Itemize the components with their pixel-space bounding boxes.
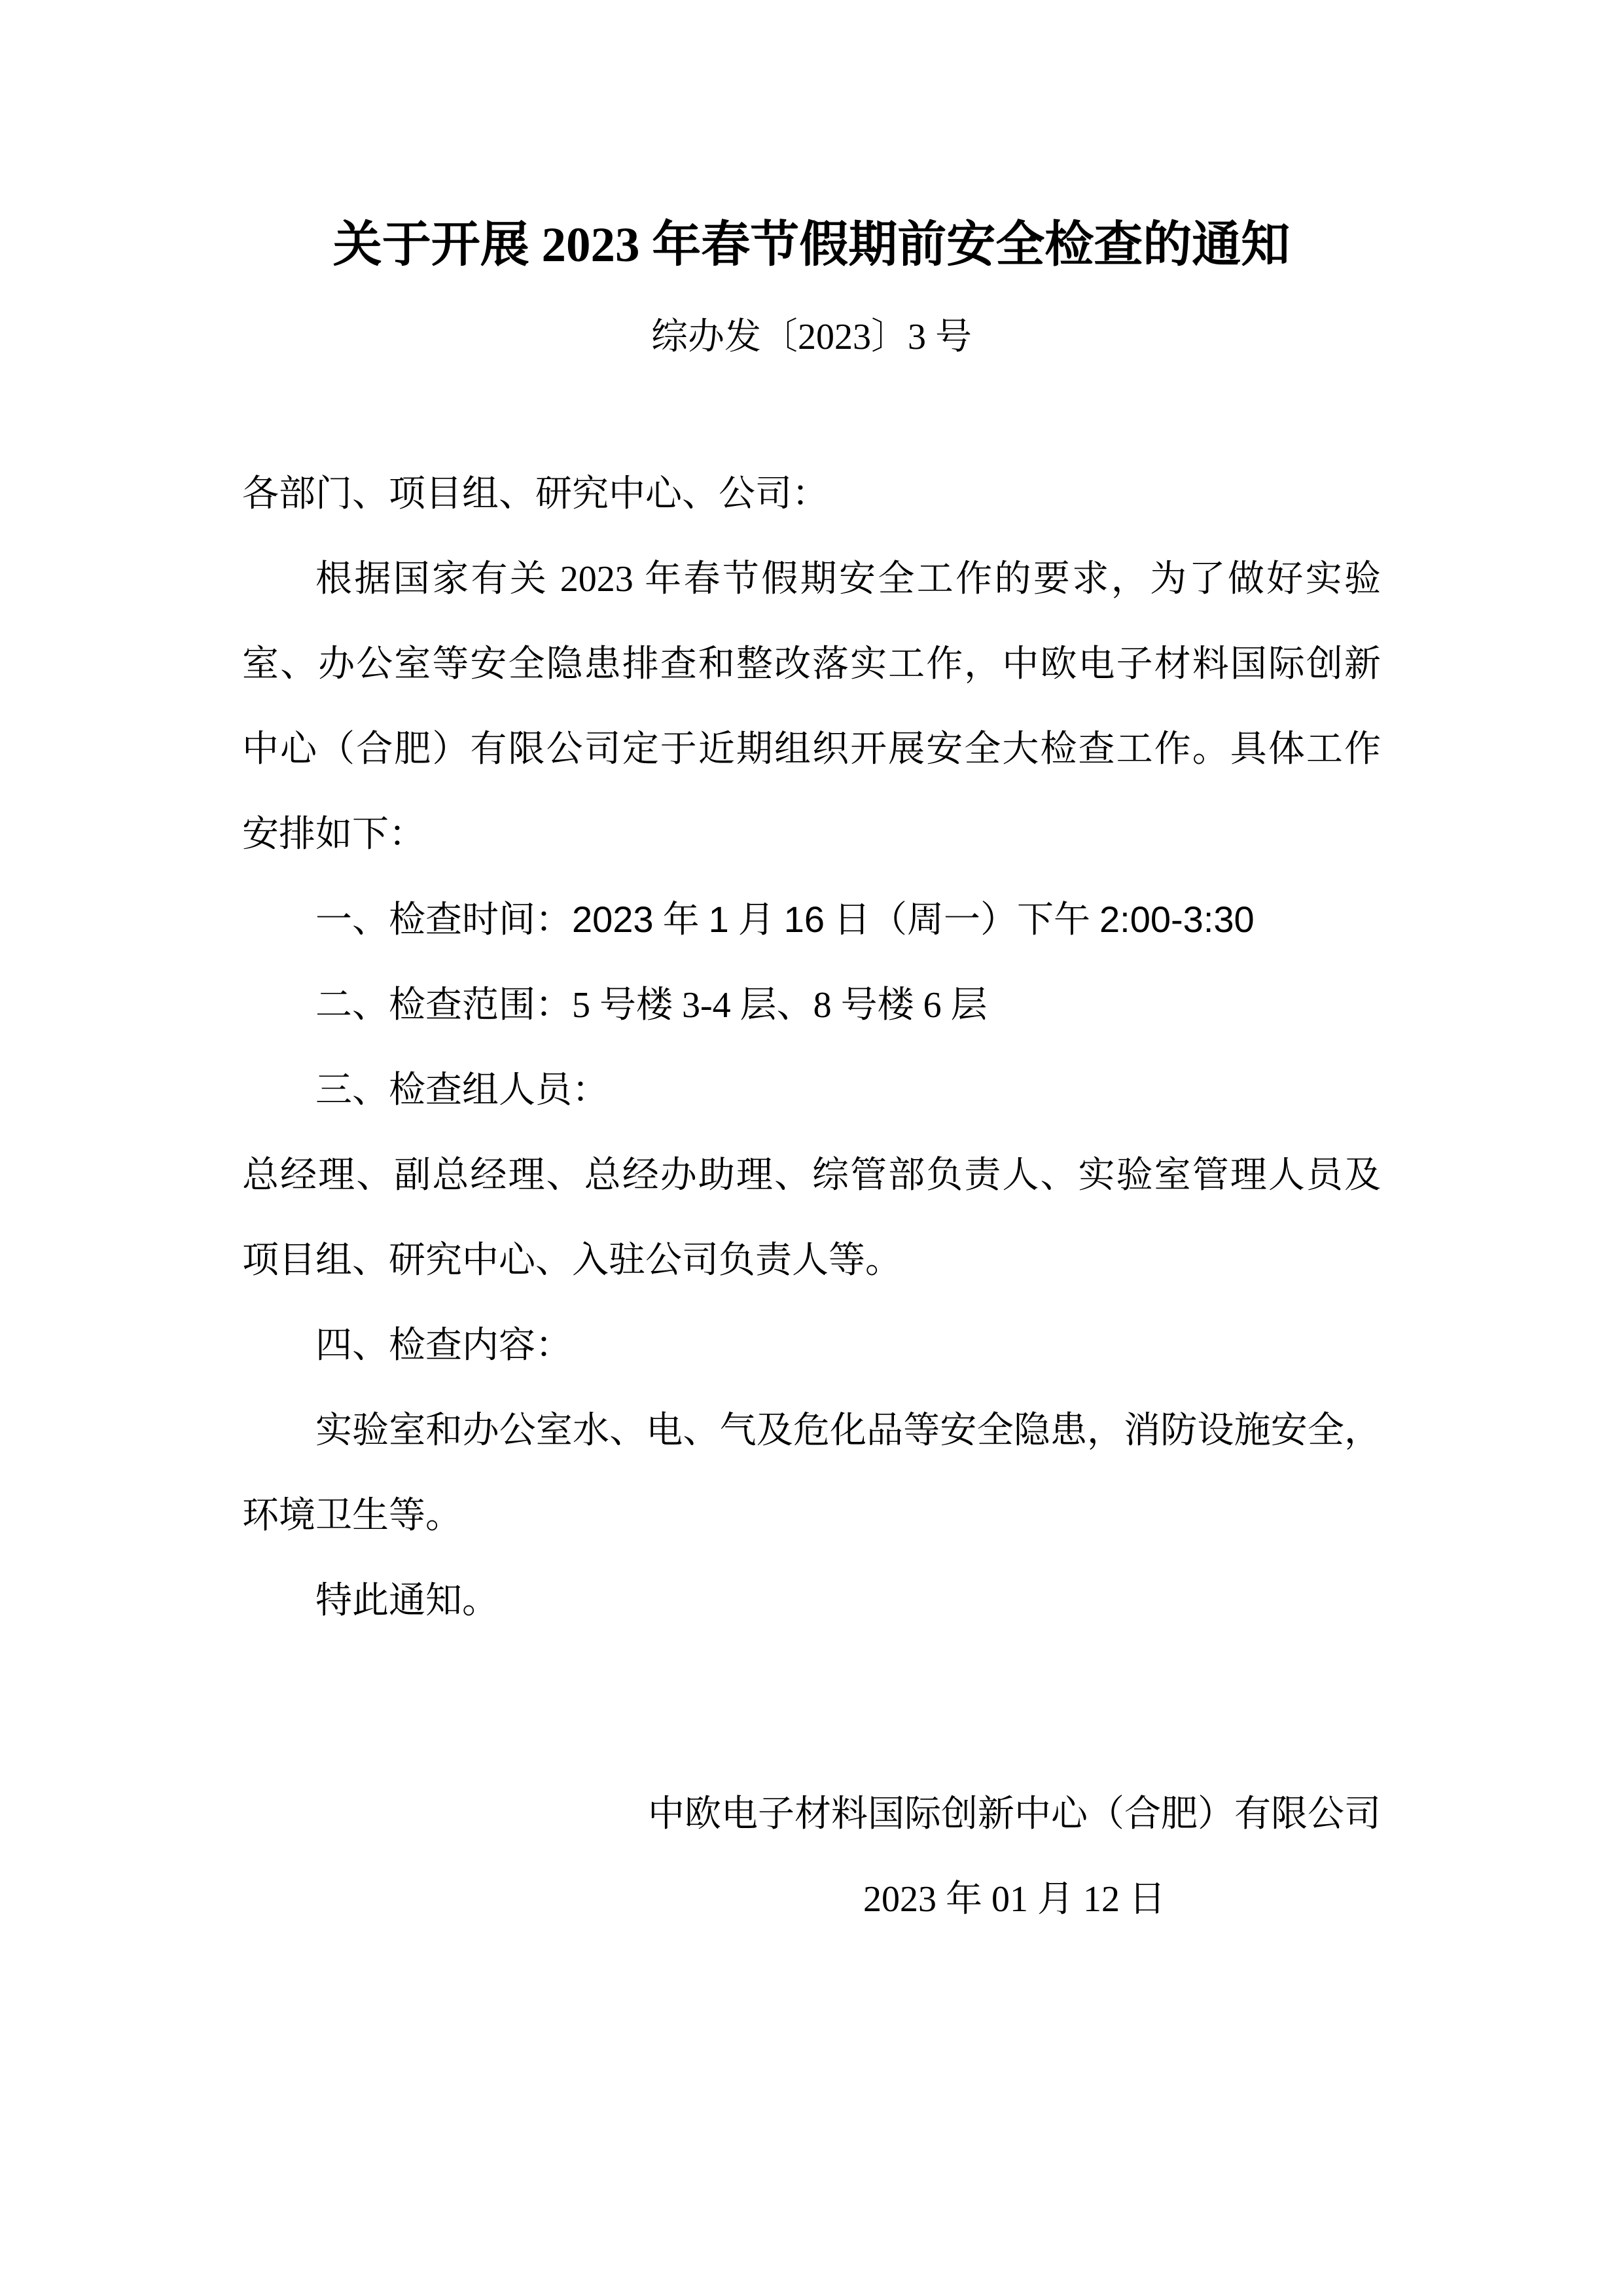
- signature-date: 2023 年 01 月 12 日: [648, 1857, 1381, 1942]
- document-title: 关于开展 2023 年春节假期前安全检查的通知: [242, 196, 1381, 295]
- closing-line: 特此通知。: [242, 1558, 1381, 1643]
- text-line: 实验室和办公室水、电、气及危化品等安全隐患，消防设施安全，: [242, 1388, 1381, 1473]
- text-line: 中心（合肥）有限公司定于近期组织开展安全大检查工作。具体工作: [242, 707, 1381, 792]
- text-line: 环境卫生等。: [242, 1473, 1381, 1558]
- item-time-label: 一、检查时间：: [315, 900, 572, 941]
- signature-block: 中欧电子材料国际创新中心（合肥）有限公司 2023 年 01 月 12 日: [242, 1772, 1381, 1942]
- greeting-line: 各部门、项目组、研究中心、公司：: [242, 452, 1381, 537]
- text-line: 安排如下：: [242, 792, 1381, 877]
- item-time-month: 1: [709, 899, 729, 940]
- item-time-year: 2023: [572, 899, 654, 940]
- signature-company: 中欧电子材料国际创新中心（合肥）有限公司: [648, 1772, 1381, 1857]
- item-inspection-content: 四、检查内容：: [242, 1303, 1381, 1388]
- text-line: 总经理、副总经理、总经办助理、综管部负责人、实验室管理人员及: [242, 1133, 1381, 1218]
- document-page: 关于开展 2023 年春节假期前安全检查的通知 综办发〔2023〕3 号 各部门…: [0, 0, 1623, 2296]
- intro-paragraph: 根据国家有关 2023 年春节假期安全工作的要求，为了做好实验室、办公室等安全隐…: [242, 537, 1381, 877]
- content-paragraph: 实验室和办公室水、电、气及危化品等安全隐患，消防设施安全，环境卫生等。: [242, 1388, 1381, 1558]
- item-time-day-suffix: 日（周一）下午: [825, 900, 1099, 941]
- item-time-month-unit: 月: [729, 900, 784, 941]
- item-time-day: 16: [784, 899, 825, 940]
- text-line: 室、办公室等安全隐患排查和整改落实工作，中欧电子材料国际创新: [242, 622, 1381, 707]
- item-inspection-scope: 二、检查范围：5 号楼 3-4 层、8 号楼 6 层: [242, 963, 1381, 1048]
- text-line: 项目组、研究中心、入驻公司负责人等。: [242, 1218, 1381, 1303]
- item-inspection-time: 一、检查时间：2023 年 1 月 16 日（周一）下午 2:00-3:30: [242, 877, 1381, 963]
- text-line: 根据国家有关 2023 年春节假期安全工作的要求，为了做好实验: [242, 537, 1381, 622]
- signature-inner: 中欧电子材料国际创新中心（合肥）有限公司 2023 年 01 月 12 日: [648, 1772, 1381, 1942]
- document-number: 综办发〔2023〕3 号: [242, 295, 1381, 380]
- item-time-range: 2:00-3:30: [1099, 899, 1255, 940]
- item-scope-label: 二、检查范围：: [315, 985, 572, 1026]
- item-inspection-team: 三、检查组人员：: [242, 1048, 1381, 1133]
- item-scope-value: 5 号楼 3-4 层、8 号楼 6 层: [572, 985, 988, 1026]
- team-paragraph: 总经理、副总经理、总经办助理、综管部负责人、实验室管理人员及项目组、研究中心、入…: [242, 1133, 1381, 1303]
- item-time-year-unit: 年: [654, 900, 709, 941]
